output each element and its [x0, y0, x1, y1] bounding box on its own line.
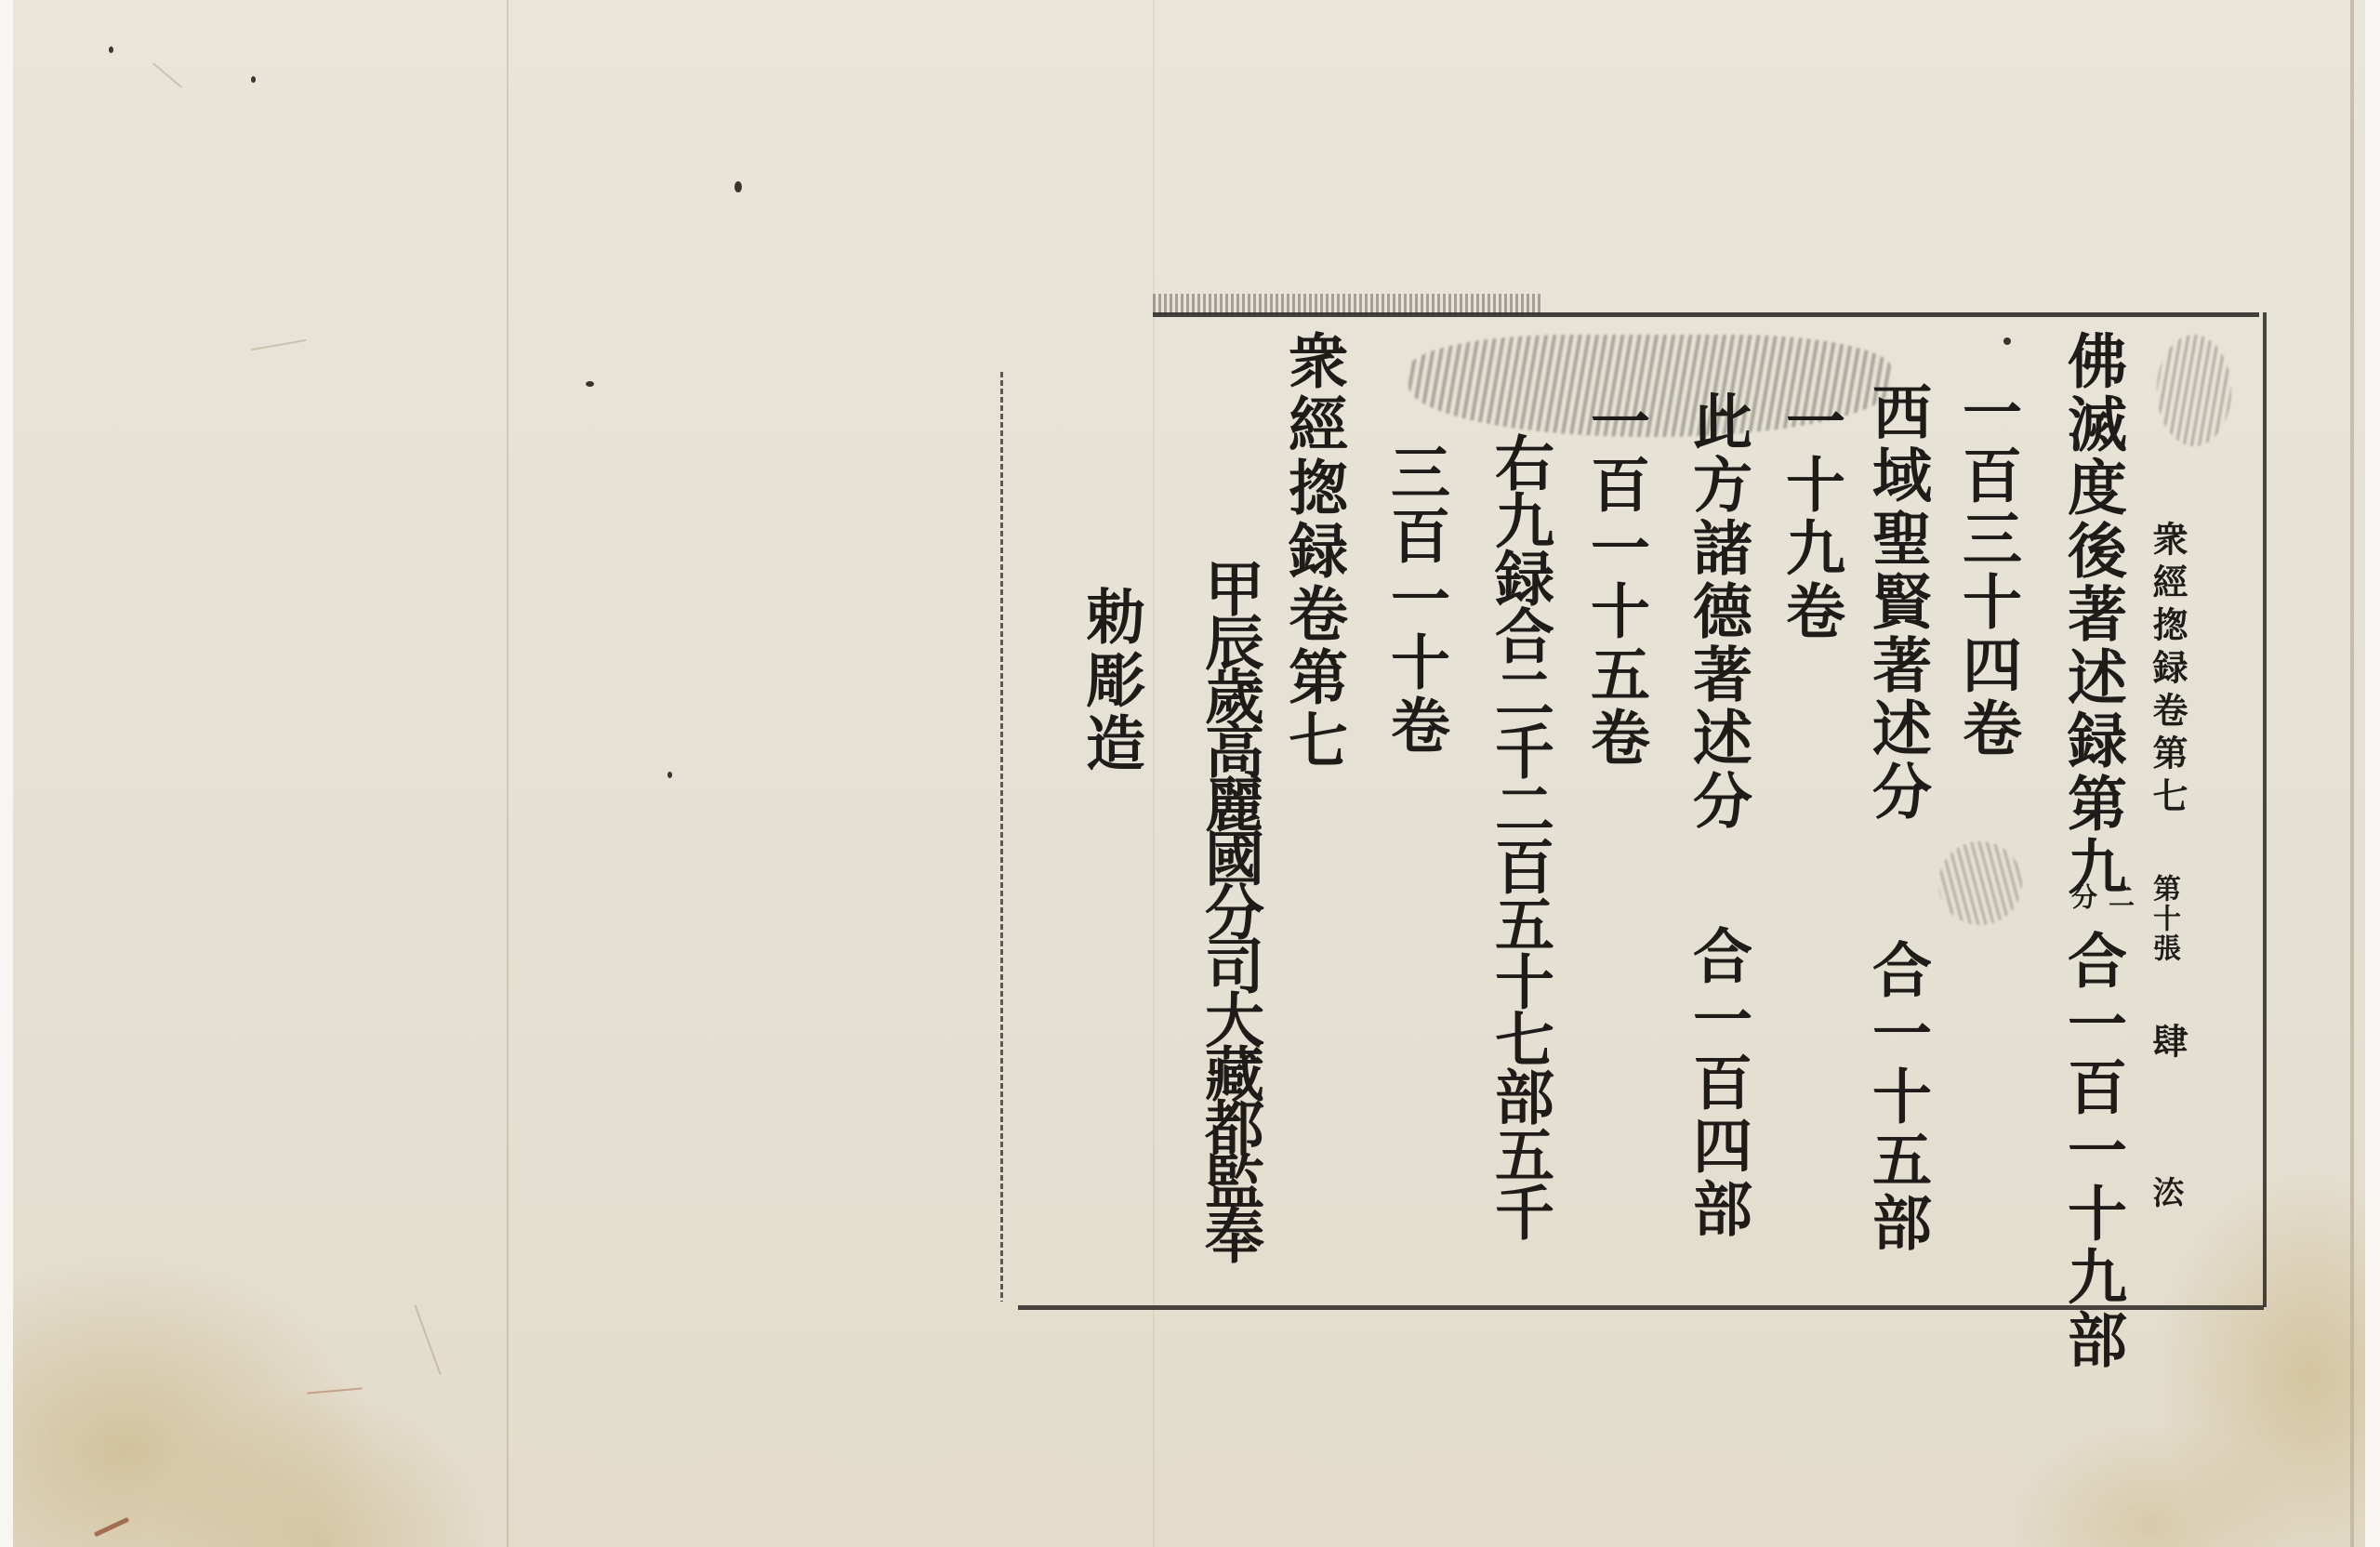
ink-speck [668, 772, 672, 778]
column-volumes: 一百一十五卷 [1585, 390, 1645, 770]
ink-speck [734, 181, 742, 192]
inline-note: 二 分 [2066, 883, 2140, 920]
page-fold-edge [2350, 0, 2354, 1547]
scan-border-left [0, 0, 13, 1547]
column-local-masters-section: 此方諸德著述分 [1687, 390, 1747, 833]
ink-speck [109, 46, 113, 53]
frame-ink-smudge [1153, 294, 1543, 314]
column-western-sages-total: 合一十五部 [1867, 939, 1926, 1255]
column-grand-total-volumes: 三百一十卷 [1385, 442, 1445, 758]
frame-left-rule [1000, 372, 1003, 1302]
leaf-number: 第十張 [2149, 874, 2177, 963]
ink-speck [586, 381, 594, 387]
column-total-parts: 合一百一十九部 [2062, 930, 2122, 1372]
page-mark: 㳒 [2149, 1176, 2181, 1215]
paper-crease [507, 0, 509, 1547]
scan-border-right [2365, 0, 2380, 1547]
column-colophon: 甲辰歲高麗國分司大藏都監奉 [1199, 558, 1259, 1259]
column-closing-title: 衆經揔録卷第七 [1283, 330, 1342, 773]
column-western-sages-section: 西域聖賢著述分 [1867, 381, 1926, 824]
frame-top-rule [1153, 312, 2259, 317]
note-left: 分 [2069, 883, 2096, 913]
heading-text: 佛滅度後著述録第九 [2057, 330, 2127, 899]
column-heading-9th-record: 佛滅度後著述録第九 [2062, 330, 2122, 899]
column-colophon-imperial: 勅彫造 [1080, 586, 1140, 775]
ink-smudge [1938, 841, 2022, 925]
margin-title: 衆經揔録卷第七 [2149, 521, 2185, 820]
ink-speck [251, 76, 256, 83]
paper-page [13, 0, 2365, 1547]
volume-marker: 肆 [2149, 1023, 2185, 1065]
column-local-masters-total: 合一百四部 [1687, 925, 1747, 1241]
column-volumes: 一百三十四卷 [1957, 381, 2016, 760]
ink-smudge [2157, 335, 2231, 446]
note-right: 二 [2107, 883, 2133, 913]
paper-crease [1153, 0, 1155, 1547]
frame-right-rule [2263, 312, 2267, 1307]
column-grand-total: 右九録合二千二百五十七部五千 [1489, 432, 1549, 1239]
ink-speck [2003, 337, 2011, 345]
column-volumes: 一十九卷 [1780, 390, 1840, 643]
